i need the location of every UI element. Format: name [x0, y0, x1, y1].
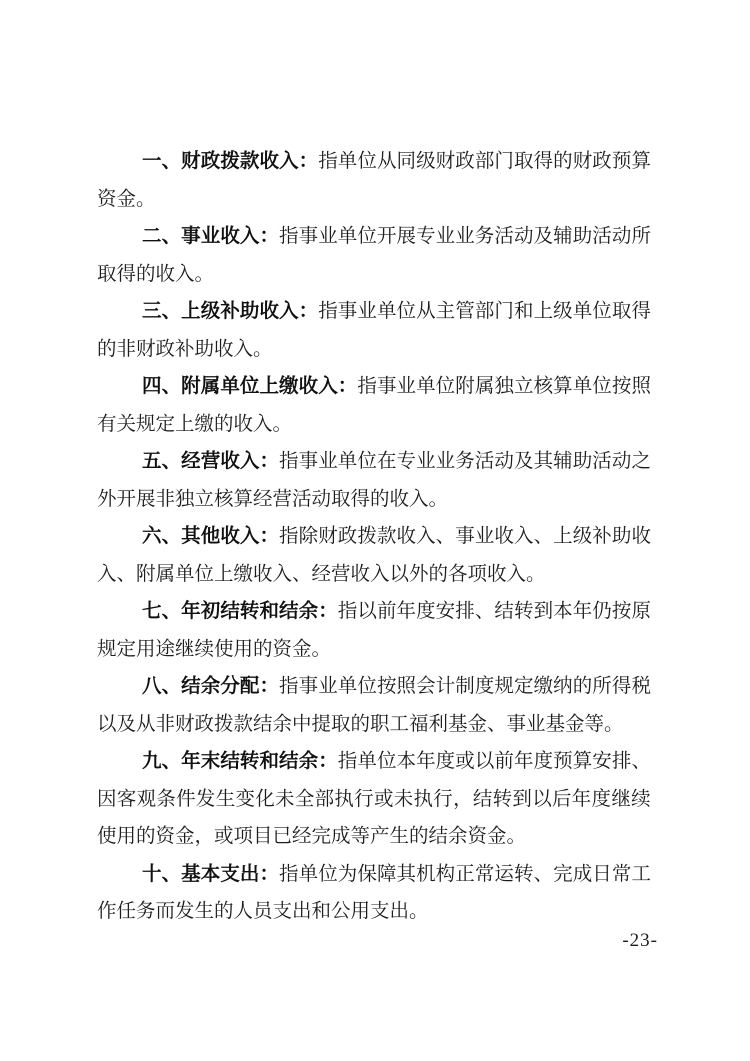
- body-char: 度: [436, 743, 456, 781]
- body-char: 取: [612, 293, 632, 331]
- body-char: 级: [553, 293, 573, 331]
- body-char: 度: [416, 593, 436, 631]
- body-char: 定: [514, 668, 534, 706]
- term-char: ：: [259, 518, 279, 556]
- body-char: 度: [534, 743, 554, 781]
- term-char: 入: [240, 518, 260, 556]
- text-line: 四、附属单位上缴收入：指事业单位附属独立核算单位按照: [97, 368, 651, 406]
- term-char: ：: [259, 856, 279, 894]
- term-char: ：: [299, 143, 319, 181]
- body-char: 前: [377, 593, 397, 631]
- body-char: 活: [592, 443, 612, 481]
- body-char: 件: [176, 781, 196, 819]
- term-char: 入: [240, 443, 260, 481]
- body-char: 和: [514, 293, 534, 331]
- body-char: 单: [416, 368, 436, 406]
- body-char: 业: [436, 443, 456, 481]
- paragraph-6: 六、其他收入：指除财政拨款收入、事业收入、上级补助收入、附属单位上缴收入、经营收…: [97, 518, 651, 593]
- text-line: 十、基本支出：指单位为保障其机构正常运转、完成日常工: [97, 856, 651, 894]
- body-char: 单: [338, 443, 358, 481]
- body-char: 到: [512, 781, 532, 819]
- paragraph-4: 四、附属单位上缴收入：指事业单位附属独立核算单位按照有关规定上缴的收入。: [97, 368, 651, 443]
- body-char: 照: [631, 368, 651, 406]
- body-char: 管: [455, 293, 475, 331]
- body-char: 属: [475, 368, 495, 406]
- body-char: 指: [279, 443, 299, 481]
- body-char: 位: [357, 218, 377, 256]
- body-char: 指: [279, 518, 299, 556]
- body-char: 位: [357, 443, 377, 481]
- text-line: 因客观条件发生变化未全部执行或未执行，结转到以后年度继续: [97, 781, 651, 819]
- body-char: 单: [377, 293, 397, 331]
- body-char: 部: [475, 293, 495, 331]
- body-char: 以: [475, 743, 495, 781]
- body-char: 除: [299, 518, 319, 556]
- term-char: 收: [299, 368, 319, 406]
- term-char: 年: [181, 743, 201, 781]
- body-char: 预: [612, 143, 632, 181]
- body-char: 度: [592, 781, 612, 819]
- body-char: 其: [397, 856, 417, 894]
- body-char: 部: [475, 143, 495, 181]
- term-char: 结: [220, 593, 240, 631]
- body-char: 款: [377, 518, 397, 556]
- paragraph-3: 三、上级补助收入：指事业单位从主管部门和上级单位取得的非财政补助收入。: [97, 293, 651, 368]
- term-char: ：: [259, 218, 279, 256]
- text-line: 规定用途继续使用的资金。: [97, 631, 651, 669]
- body-char: 助: [573, 218, 593, 256]
- body-char: 财: [436, 143, 456, 181]
- body-char: 专: [416, 218, 436, 256]
- term-char: 本: [201, 856, 221, 894]
- body-char: 化: [255, 781, 275, 819]
- body-char: 事: [455, 518, 475, 556]
- body-char: 发: [196, 781, 216, 819]
- term-char: 政: [201, 143, 221, 181]
- term-char: 收: [259, 143, 279, 181]
- body-char: 障: [377, 856, 397, 894]
- term-char: 结: [220, 743, 240, 781]
- body-char: 活: [494, 218, 514, 256]
- term-char: 收: [220, 443, 240, 481]
- body-char: 门: [494, 293, 514, 331]
- body-char: 收: [631, 518, 651, 556]
- body-char: 位: [436, 368, 456, 406]
- body-char: 业: [416, 443, 436, 481]
- body-char: 观: [137, 781, 157, 819]
- body-char: 业: [436, 218, 456, 256]
- body-char: 位: [357, 668, 377, 706]
- body-char: 会: [416, 668, 436, 706]
- term-char: 其: [181, 518, 201, 556]
- body-char: 纳: [553, 668, 573, 706]
- term-char: 支: [220, 856, 240, 894]
- text-line: 有关规定上缴的收入。: [97, 406, 651, 444]
- term-char: 七: [142, 593, 162, 631]
- body-char: 结: [494, 593, 514, 631]
- text-line: 取得的收入。: [97, 256, 651, 294]
- body-char: 业: [318, 443, 338, 481]
- body-char: 安: [592, 743, 612, 781]
- body-char: 规: [494, 668, 514, 706]
- body-char: 取: [514, 143, 534, 181]
- body-char: 常: [475, 856, 495, 894]
- body-char: 拨: [357, 518, 377, 556]
- body-char: 同: [397, 143, 417, 181]
- text-line: 六、其他收入：指除财政拨款收入、事业收入、上级补助收: [97, 518, 651, 556]
- body-char: 业: [357, 293, 377, 331]
- term-char: 余: [299, 593, 319, 631]
- text-line: 五、经营收入：指事业单位在专业业务活动及其辅助活动之: [97, 443, 651, 481]
- body-char: 年: [514, 743, 534, 781]
- text-line: 二、事业收入：指事业单位开展专业业务活动及辅助活动所: [97, 218, 651, 256]
- paragraph-10: 十、基本支出：指单位为保障其机构正常运转、完成日常工作任务而发生的人员支出和公用…: [97, 856, 651, 931]
- term-char: 配: [240, 668, 260, 706]
- text-line: 一、财政拨款收入：指单位从同级财政部门取得的财政预算: [97, 143, 651, 181]
- term-char: ：: [299, 293, 319, 331]
- body-char: 附: [455, 368, 475, 406]
- body-char: 变: [235, 781, 255, 819]
- text-line: 九、年末结转和结余：指单位本年度或以前年度预算安排、: [97, 743, 651, 781]
- body-char: 政: [338, 518, 358, 556]
- body-char: 事: [299, 668, 319, 706]
- body-char: 执: [334, 781, 354, 819]
- body-char: 补: [592, 518, 612, 556]
- paragraph-1: 一、财政拨款收入：指单位从同级财政部门取得的财政预算资金。: [97, 143, 651, 218]
- body-char: 位: [592, 368, 612, 406]
- term-char: 他: [201, 518, 221, 556]
- term-char: 一: [142, 143, 162, 181]
- text-line: 外开展非独立核算经营活动取得的收入。: [97, 481, 651, 519]
- term-char: 业: [201, 218, 221, 256]
- term-char: 经: [181, 443, 201, 481]
- body-char: 核: [534, 368, 554, 406]
- body-char: 辅: [553, 218, 573, 256]
- body-char: 排: [455, 593, 475, 631]
- term-char: 拨: [220, 143, 240, 181]
- term-char: 基: [181, 856, 201, 894]
- term-char: 转: [240, 743, 260, 781]
- term-char: 收: [259, 293, 279, 331]
- body-char: 指: [318, 293, 338, 331]
- body-char: 指: [338, 743, 358, 781]
- body-char: 指: [338, 593, 358, 631]
- body-char: 活: [592, 218, 612, 256]
- body-char: 部: [315, 781, 335, 819]
- term-char: ：: [259, 668, 279, 706]
- document-page: 一、财政拨款收入：指单位从同级财政部门取得的财政预算资金。二、事业收入：指事业单…: [0, 0, 750, 1061]
- text-line: 三、上级补助收入：指事业单位从主管部门和上级单位取得: [97, 293, 651, 331]
- body-char: 在: [377, 443, 397, 481]
- body-char: 、: [534, 518, 554, 556]
- body-char: 指: [279, 856, 299, 894]
- body-char: 业: [475, 518, 495, 556]
- body-char: 未: [394, 781, 414, 819]
- body-char: 以: [532, 781, 552, 819]
- body-char: 指: [318, 143, 338, 181]
- term-char: 入: [279, 293, 299, 331]
- term-char: 入: [240, 218, 260, 256]
- body-char: 转: [514, 593, 534, 631]
- term-char: 上: [181, 293, 201, 331]
- body-char: 活: [475, 443, 495, 481]
- text-line: 八、结余分配：指事业单位按照会计制度规定缴纳的所得税: [97, 668, 651, 706]
- body-char: 事: [338, 293, 358, 331]
- body-char: 转: [514, 856, 534, 894]
- body-char: 度: [475, 668, 495, 706]
- body-char: 继: [611, 781, 631, 819]
- body-char: 得: [631, 293, 651, 331]
- body-char: 单: [573, 293, 593, 331]
- body-char: 照: [397, 668, 417, 706]
- term-char: 结: [181, 668, 201, 706]
- body-char: 成: [573, 856, 593, 894]
- body-char: 算: [573, 743, 593, 781]
- text-line: 使用的资金，或项目已经完成等产生的结余资金。: [97, 818, 651, 856]
- body-char: 或: [374, 781, 394, 819]
- body-char: 客: [117, 781, 137, 819]
- body-char: 后: [552, 781, 572, 819]
- term-char: 转: [240, 593, 260, 631]
- term-char: 六: [142, 518, 162, 556]
- term-char: ：: [318, 593, 338, 631]
- text-line: 以及从非财政拨款结余中提取的职工福利基金、事业基金等。: [97, 706, 651, 744]
- body-char: 单: [338, 218, 358, 256]
- text-line: 入、附属单位上缴收入、经营收入以外的各项收入。: [97, 556, 651, 594]
- body-char: 其: [534, 443, 554, 481]
- body-char: 按: [377, 668, 397, 706]
- body-char: 正: [455, 856, 475, 894]
- body-char: 生: [216, 781, 236, 819]
- term-char: 八: [142, 668, 162, 706]
- body-char: 务: [455, 443, 475, 481]
- body-char: 年: [416, 743, 436, 781]
- term-char: 年: [181, 593, 201, 631]
- body-char: 财: [573, 143, 593, 181]
- body-char: 的: [553, 143, 573, 181]
- body-char: 行: [354, 781, 374, 819]
- body-char: 机: [416, 856, 436, 894]
- body-char: 完: [553, 856, 573, 894]
- term-char: 、: [162, 518, 182, 556]
- body-char: 全: [295, 781, 315, 819]
- body-char: 入: [514, 518, 534, 556]
- term-char: 结: [279, 743, 299, 781]
- term-char: 附: [181, 368, 201, 406]
- body-char: 年: [573, 593, 593, 631]
- body-char: 动: [514, 218, 534, 256]
- term-char: 收: [220, 518, 240, 556]
- body-char: 、: [436, 518, 456, 556]
- body-char: 未: [275, 781, 295, 819]
- body-char: 助: [573, 443, 593, 481]
- body-char: 上: [534, 293, 554, 331]
- paragraph-list: 一、财政拨款收入：指单位从同级财政部门取得的财政预算资金。二、事业收入：指事业单…: [97, 143, 651, 931]
- body-char: 单: [338, 143, 358, 181]
- body-char: 位: [377, 743, 397, 781]
- body-char: 运: [494, 856, 514, 894]
- body-char: 按: [612, 368, 632, 406]
- body-char: 单: [299, 856, 319, 894]
- body-char: 指: [279, 218, 299, 256]
- body-char: 年: [397, 593, 417, 631]
- term-char: 和: [259, 593, 279, 631]
- term-char: 上: [259, 368, 279, 406]
- term-char: 、: [162, 743, 182, 781]
- body-char: 得: [534, 143, 554, 181]
- body-char: 指: [357, 368, 377, 406]
- body-char: 门: [494, 143, 514, 181]
- term-char: ：: [318, 743, 338, 781]
- term-char: 二: [142, 218, 162, 256]
- body-char: 收: [494, 518, 514, 556]
- body-char: 单: [338, 668, 358, 706]
- body-char: 税: [631, 668, 651, 706]
- body-char: 前: [494, 743, 514, 781]
- text-line: 作任务而发生的人员支出和公用支出。: [97, 893, 651, 931]
- body-char: 展: [397, 218, 417, 256]
- term-char: 余: [201, 668, 221, 706]
- body-char: 入: [416, 518, 436, 556]
- body-char: 工: [631, 856, 651, 894]
- document-body: 一、财政拨款收入：指单位从同级财政部门取得的财政预算资金。二、事业收入：指事业单…: [97, 143, 651, 931]
- body-char: 事: [299, 218, 319, 256]
- body-char: 构: [436, 856, 456, 894]
- body-char: 所: [631, 218, 651, 256]
- term-char: 、: [162, 218, 182, 256]
- body-char: 开: [377, 218, 397, 256]
- body-char: 上: [553, 518, 573, 556]
- body-char: 事: [377, 368, 397, 406]
- term-char: 十: [142, 856, 162, 894]
- body-char: 位: [397, 293, 417, 331]
- body-char: 从: [377, 143, 397, 181]
- term-char: 缴: [279, 368, 299, 406]
- body-char: 所: [592, 668, 612, 706]
- body-char: 业: [318, 218, 338, 256]
- body-char: 业: [318, 668, 338, 706]
- body-char: 级: [573, 518, 593, 556]
- term-char: 末: [201, 743, 221, 781]
- body-char: 位: [592, 293, 612, 331]
- paragraph-7: 七、年初结转和结余：指以前年度安排、结转到本年仍按原规定用途继续使用的资金。: [97, 593, 651, 668]
- term-char: 分: [220, 668, 240, 706]
- term-char: 单: [220, 368, 240, 406]
- body-char: 辅: [553, 443, 573, 481]
- body-char: 之: [631, 443, 651, 481]
- body-char: 业: [397, 368, 417, 406]
- term-char: 位: [240, 368, 260, 406]
- body-char: 助: [612, 518, 632, 556]
- body-char: 务: [475, 218, 495, 256]
- body-char: 独: [494, 368, 514, 406]
- term-char: ：: [338, 368, 358, 406]
- term-char: 余: [299, 743, 319, 781]
- body-char: 、: [631, 743, 651, 781]
- body-char: 指: [279, 668, 299, 706]
- body-char: 转: [493, 781, 513, 819]
- term-char: 级: [201, 293, 221, 331]
- paragraph-5: 五、经营收入：指事业单位在专业业务活动及其辅助活动之外开展非独立核算经营活动取得…: [97, 443, 651, 518]
- body-char: 排: [612, 743, 632, 781]
- term-char: 、: [162, 143, 182, 181]
- term-char: 事: [181, 218, 201, 256]
- body-char: 为: [338, 856, 358, 894]
- body-char: 、: [475, 593, 495, 631]
- term-char: 属: [201, 368, 221, 406]
- term-char: 收: [220, 218, 240, 256]
- body-char: 位: [357, 143, 377, 181]
- body-char: 保: [357, 856, 377, 894]
- term-char: 助: [240, 293, 260, 331]
- paragraph-2: 二、事业收入：指事业单位开展专业业务活动及辅助活动所取得的收入。: [97, 218, 651, 293]
- body-char: 级: [416, 143, 436, 181]
- body-char: 动: [612, 218, 632, 256]
- body-char: 从: [416, 293, 436, 331]
- body-char: 年: [572, 781, 592, 819]
- term-char: 四: [142, 368, 162, 406]
- body-char: 执: [414, 781, 434, 819]
- body-char: 财: [318, 518, 338, 556]
- term-char: 、: [162, 443, 182, 481]
- body-char: 因: [97, 781, 117, 819]
- body-char: 续: [631, 781, 651, 819]
- term-char: 结: [279, 593, 299, 631]
- body-char: 本: [397, 743, 417, 781]
- body-char: 日: [592, 856, 612, 894]
- term-char: 、: [162, 368, 182, 406]
- text-line: 七、年初结转和结余：指以前年度安排、结转到本年仍按原: [97, 593, 651, 631]
- body-char: 动: [612, 443, 632, 481]
- body-char: 结: [473, 781, 493, 819]
- body-char: 政: [455, 143, 475, 181]
- term-char: 、: [162, 856, 182, 894]
- body-char: 以: [357, 593, 377, 631]
- body-char: 专: [397, 443, 417, 481]
- term-char: 三: [142, 293, 162, 331]
- body-char: 计: [436, 668, 456, 706]
- term-char: 九: [142, 743, 162, 781]
- body-char: 算: [553, 368, 573, 406]
- body-char: 单: [357, 743, 377, 781]
- body-char: 制: [455, 668, 475, 706]
- body-char: 收: [397, 518, 417, 556]
- body-char: 常: [612, 856, 632, 894]
- term-char: 、: [162, 668, 182, 706]
- body-char: 位: [318, 856, 338, 894]
- text-line: 的非财政补助收入。: [97, 331, 651, 369]
- body-char: 政: [592, 143, 612, 181]
- body-char: 安: [436, 593, 456, 631]
- body-char: 得: [612, 668, 632, 706]
- body-char: 到: [534, 593, 554, 631]
- body-char: 本: [553, 593, 573, 631]
- body-char: 行: [433, 781, 453, 819]
- page-number: -23-: [0, 929, 658, 953]
- text-line: 资金。: [97, 181, 651, 219]
- term-char: 补: [220, 293, 240, 331]
- body-char: 的: [573, 668, 593, 706]
- body-char: 及: [534, 218, 554, 256]
- body-char: 及: [514, 443, 534, 481]
- body-char: ，: [453, 781, 473, 819]
- body-char: 立: [514, 368, 534, 406]
- term-char: 营: [201, 443, 221, 481]
- body-char: 按: [612, 593, 632, 631]
- body-char: 单: [573, 368, 593, 406]
- body-char: 算: [631, 143, 651, 181]
- body-char: 业: [455, 218, 475, 256]
